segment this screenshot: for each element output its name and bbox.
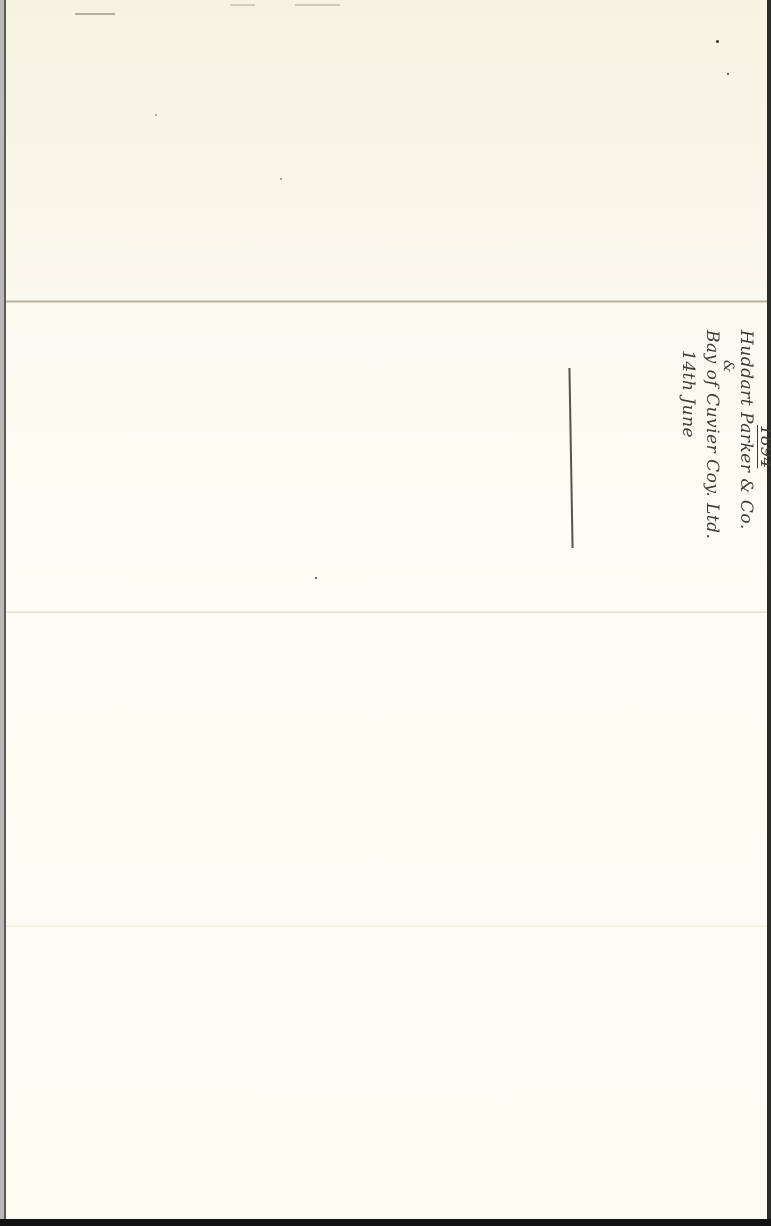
fold-line — [6, 300, 767, 303]
right-scan-edge — [767, 0, 771, 1219]
ink-speck — [155, 114, 157, 116]
inscription-date: 14th June — [678, 350, 698, 438]
handwritten-inscription: 1894 Huddart Parker & Co. & Bay of Cuvie… — [640, 330, 770, 560]
top-fold-panel — [4, 0, 767, 300]
ink-speck — [727, 73, 729, 75]
ink-speck — [280, 178, 282, 180]
left-page-edge-line — [4, 0, 6, 1219]
year-text: 1894 — [756, 425, 771, 468]
inscription-line-3: Bay of Cuvier Coy. Ltd. — [702, 330, 722, 539]
bleed-through-mark — [75, 13, 115, 15]
bottom-scan-edge — [0, 1219, 771, 1226]
inscription-line-1: Huddart Parker & Co. — [736, 330, 756, 530]
bleed-through-mark — [295, 4, 340, 6]
bleed-through-mark — [230, 4, 255, 6]
inscription-line-2: & — [720, 360, 736, 373]
fold-line — [6, 925, 767, 927]
ink-speck — [716, 40, 719, 43]
ink-speck — [315, 577, 317, 579]
fold-line — [6, 611, 767, 613]
